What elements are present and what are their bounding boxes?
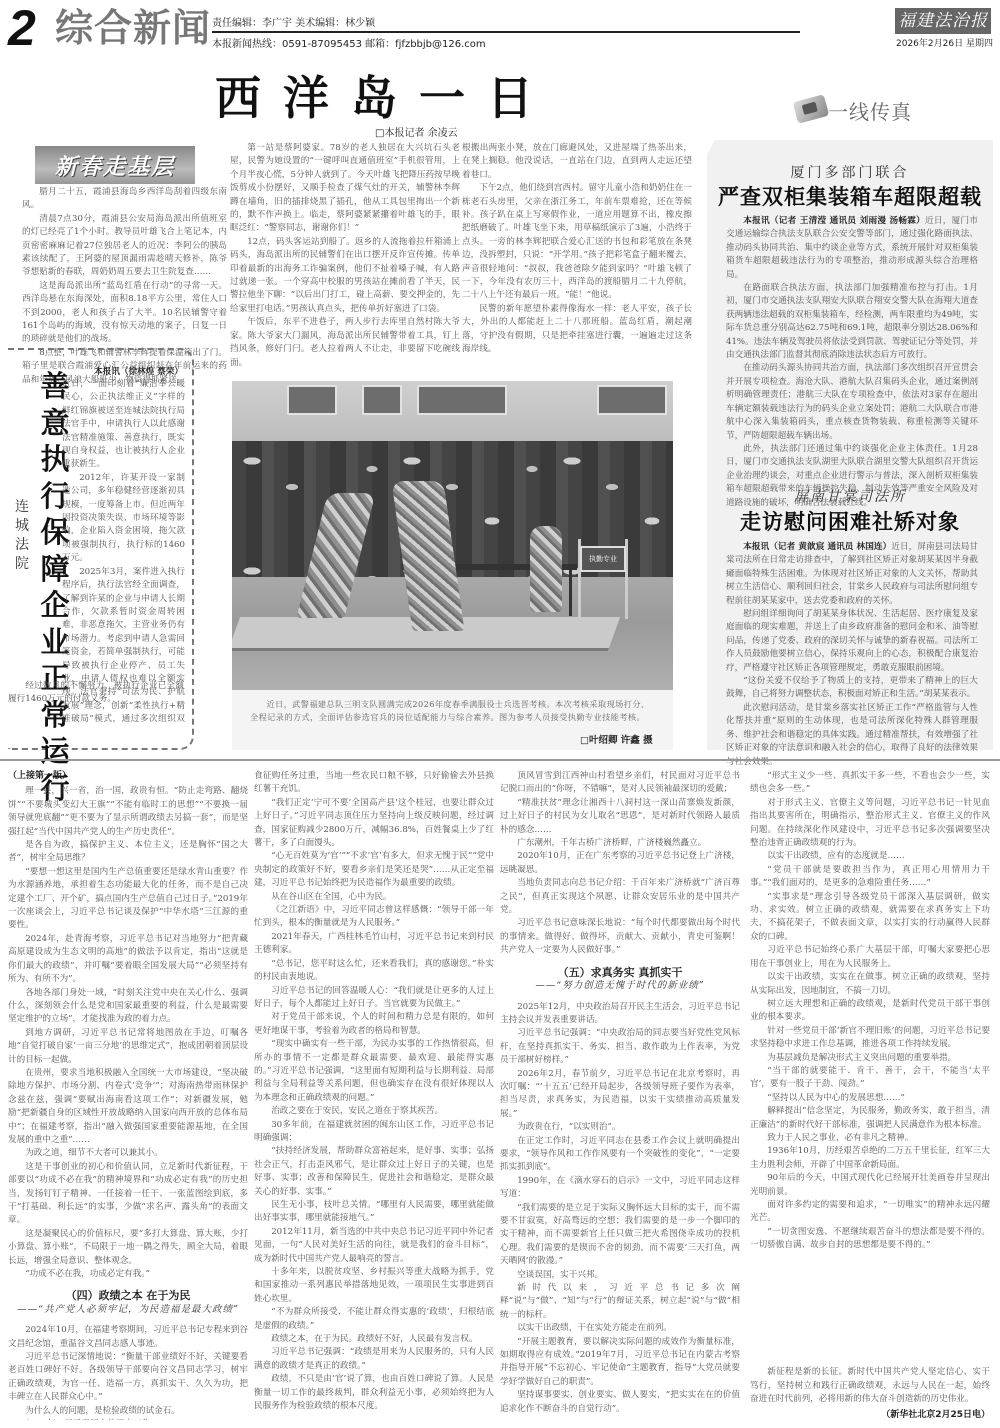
editors-line: 责任编辑：李广宇 美术编辑：林少颖 xyxy=(212,14,375,29)
issue-date: 2026年2月26日 星期四 xyxy=(896,36,993,49)
paragraph: 对于形式主义、官僚主义等问题，习近平总书记一针见血指出其要害所在，明确指示，整治… xyxy=(750,797,990,851)
story1-lead: 本报讯（记者 王清滢 通讯员 刘雨漫 汤畅霖） xyxy=(743,216,925,226)
photo-seated-officer xyxy=(530,526,562,612)
paragraph: 在贵州，要求当地积极融入全国统一大市场建设，“坚决破除地方保护、市场分割、内卷式… xyxy=(8,1067,248,1147)
photo-window xyxy=(362,385,402,415)
dateline: （新华社北京2月25日电） xyxy=(750,1409,990,1422)
paragraph: 《之江新语》中，习近平同志曾这样感慨：“领导干部一年忙到头，根本的衡量就是为人民… xyxy=(254,904,494,931)
paragraph: 为基层减负是解决形式主义突出问题的重要举措。 xyxy=(750,1052,990,1065)
paragraph: “坚持以人民为中心的发展思想……” xyxy=(750,1092,990,1105)
paragraph: 2024年10月，在福建考察期间，习近平总书记专程来到谷文昌纪念馆，重温谷文昌同… xyxy=(8,1324,248,1351)
continued-column-2: 食征购任务过重，当地一些农民口粮不够，只好偷偷去外县换红薯干充饥。 “我们正定‘… xyxy=(254,770,494,1420)
paragraph: “总书记，您平时这么忙，还来看我们，真的感谢您。”朴实的村民由衷地说。 xyxy=(254,958,494,985)
paragraph: 政绩之本，在于为民。政绩好不好，人民最有发言权。 xyxy=(254,1333,494,1346)
paragraph: 1990年，在《滴水穿石的启示》一文中，习近平同志这样写道： xyxy=(500,1175,740,1202)
paragraph: 下午2点，他们绕到宫西村。留守儿童小浩和奶奶住在一栋老石头房里，父亲在浙江务工，… xyxy=(462,182,692,303)
paragraph: 解释提出“信念坚定，为民服务，勤政务实，敢于担当，清正廉洁”的新时代好干部标准，… xyxy=(750,1105,990,1132)
story2-lead: 本报讯（记者 黄歆宸 通讯员 林国连） xyxy=(743,542,891,552)
paragraph: “形式主义少一些、真抓实干多一些，不看也会少一些，实绩也会多一些。” xyxy=(750,770,990,797)
paragraph: “这份关爱不仅给予了物质上的支持，更带来了精神上的巨大鼓舞，自己将努力调整状态，… xyxy=(726,675,978,702)
paragraph: “功成不必在我，功成必定有我。” xyxy=(8,1268,248,1281)
paragraph: 是各自为政，搞保护主义、本位主义，还是胸怀“国之大者”，树牢全局思维？ xyxy=(8,839,248,866)
photo-caption: 近日，武警福建总队三明支队圆满完成2026年度春季满服役士兵选晋考核。本次考核采… xyxy=(250,698,658,724)
paragraph: “当干部的就要能干、肯干、善干，会干，不能当‘太平官’，要有一股子干劲、闯劲。” xyxy=(750,1065,990,1092)
paragraph: 1982年，习近平同志赴正定工作。 xyxy=(8,1418,248,1420)
paragraph: 空谈误国，实干兴邦。 xyxy=(500,1269,740,1282)
paragraph: 2020年10月，正在广东考察的习近平总书记登上广济楼，远眺凝思。 xyxy=(500,850,740,877)
paragraph: 近日，一面印刻着“廉洁奉公暖民心，公正执法维正义”字样的鲜红锦旗被送至连城法院执… xyxy=(62,378,185,472)
continued-column-3: 顶风冒雪到江西神山村看望乡亲们，村民面对习近平总书记脱口而出的“你呀，不错嘛”，… xyxy=(500,770,740,1420)
paragraph: 在正定工作时，习近平同志在县委工作会议上就明确提出要求，“领导作风和工作作风要有… xyxy=(500,1135,740,1175)
contact-line: 本报新闻热线：0591-87095453 邮箱：fjfzbbjb@126.com xyxy=(212,35,486,50)
paragraph: 理一县，兴一省，治一国，政贵有恒。“防止走弯路、翻烧饼”“不要城头变幻大王旗”“… xyxy=(8,785,248,839)
lead-headline: 西洋岛一日 xyxy=(215,70,555,126)
paragraph: 面对许多约定的需要和追求，“一切唯实”的精神永远闪耀光芒。 xyxy=(750,1199,990,1226)
section-label-frontline: 一线传真 xyxy=(828,96,912,125)
paragraph: 习近平总书记意味深长地说：“每个时代都要做出每个时代的事情来。做得好、做得坏，贡… xyxy=(500,917,740,957)
paragraph: 为政之道，细节不大者可以兼其小。 xyxy=(8,1147,248,1160)
paragraph: “实事求是”理念引导各级党员干部深入基层调研，做实功、求实效。树立正确的政绩观，… xyxy=(750,891,990,945)
paragraph: 30多年前，在福建就贫困的闽东山区工作，习近平总书记明确强调： xyxy=(254,1119,494,1146)
paragraph: 2026年2月，春节前夕，习近平总书记在北京考察时，再次叮嘱：“‘十五五’已经开… xyxy=(500,1068,740,1122)
paragraph: 新时代以来，习近平总书记多次阐释“说”与“做”、“知”与“行”的辩证关系，树立起… xyxy=(500,1282,740,1322)
continued-column-1: （上接第一版） 理一县，兴一省，治一国，政贵有恒。“防止走弯路、翻烧饼”“不要城… xyxy=(8,770,248,1420)
page-number: 2 xyxy=(8,0,36,56)
section5-title: （五）求真务实 真抓实干 xyxy=(500,966,740,979)
photo-credit: □叶绍卿 许鑫 摄 xyxy=(580,732,653,746)
continued-from-label: （上接第一版） xyxy=(8,770,248,783)
court-source-vertical: 连城法院 xyxy=(12,498,32,574)
paragraph: 2012年，许某开设一家制造公司，多年稳健经营逐渐初具规模，一度筹备上市。但近两… xyxy=(62,472,185,566)
paragraph: 习近平总书记强调：“政绩是用来为人民服务的，只有人民满意的政绩才是真正的政绩。” xyxy=(254,1346,494,1373)
paragraph: 食征购任务过重，当地一些农民口粮不够，只好偷偷去外县换红薯干充饥。 xyxy=(254,770,494,797)
paragraph: 致力于人民之事业，必有非凡之精神。 xyxy=(750,1132,990,1145)
photo-sign: 执勤专业 xyxy=(580,546,626,572)
paragraph: 根搬出两张小凳，放在门廊避风处，又进屋端了热茶出来，在凳上搁稳。他没说话，一直站… xyxy=(462,142,692,182)
paragraph: “开展主题教育，要以解决实际问题的成效作为衡量标准，如期取得应有成效。”2019… xyxy=(500,1336,740,1390)
paragraph: 经过数月的不懈努力，被执行企业已全额履行1460万元的付款义务。 xyxy=(8,680,184,707)
column-body: “形式主义少一些、真抓实干多一些，不看也会少一些，实绩也会多一些。” 对于形式主… xyxy=(750,770,990,1366)
paragraph: 十多年来，以脱贫攻坚、乡村振兴等重大战略为抓手，党和国家推动一系列惠民举措落地见… xyxy=(254,1266,494,1306)
paragraph: 针对一些党员干部‘新官不理旧账’的问题，习近平总书记要求坚持稳中求进工作总基调，… xyxy=(750,1025,990,1052)
fax-icon xyxy=(793,94,830,124)
paragraph: 午饭后，东平不进巷子，两人步行去库里自然村陈大爷家。陈大爷家大门漏风，海岛派出所… xyxy=(230,316,460,370)
section4-title: （四）政绩之本 在于为民 xyxy=(8,1289,248,1302)
paragraph: 为政贵在行，“以实则治”。 xyxy=(500,1121,740,1134)
story2-body: 本报讯（记者 黄歆宸 通讯员 林国连）近日，屏南县司法局甘棠司法所在日常走访排查… xyxy=(726,541,978,769)
paragraph: 坚持谋事要实、创业要实、做人要实，“把实实在在的价值追求化作不断奋斗的自觉行动”… xyxy=(500,1389,740,1416)
story2-kicker: 屏南甘棠司法所 xyxy=(707,486,993,506)
paragraph: 90年后的今天，中国式现代化已经展开壮美画卷并呈现出光明前景。 xyxy=(750,1172,990,1199)
paragraph: 习近平总书记始终心系广大基层干部，叮嘱大家要把心思用在干事创业上，用在为人民服务… xyxy=(750,944,990,971)
paragraph: 政绩，不只是由‘官’说了算，也由百姓口碑说了算。人民是衡量一切工作的最终裁判，群… xyxy=(254,1373,494,1413)
paragraph: “扶持经济发展，帮助群众富裕起来，是好事、实事；弘扬社会正气，打击歪风邪气，是让… xyxy=(254,1145,494,1199)
lead-column-c: 根搬出两张小凳，放在门廊避风处，又进屋端了热茶出来，在凳上搁稳。他没说话，一直站… xyxy=(462,142,692,357)
photo-window xyxy=(287,385,337,415)
paragraph: 广东潮州，千年古桥广济桥畔，广济楼巍然矗立。 xyxy=(500,837,740,850)
paragraph: 从在谷山区在全国，心中为民。 xyxy=(254,891,494,904)
paragraph: 这是凝聚民心的价值标尺，要“多打大算盘、算大账，少打小算盘、算小账”，不局限于一… xyxy=(8,1228,248,1268)
court-body: 近日，一面印刻着“廉洁奉公暖民心，公正执法维正义”字样的鲜红锦旗被送至连城法院执… xyxy=(62,378,185,726)
lead-byline: □本报记者 余凌云 xyxy=(375,124,458,139)
paragraph: 这是海岛派出所“蓝岛红盾在行动”的寻常一天。西洋岛悬在东海深处，面积8.18平方… xyxy=(22,280,227,347)
paragraph: 清晨7点30分，霞浦县公安局海岛派出所值班室的灯已经亮了1个小时。教导员叶雄飞合… xyxy=(22,213,227,280)
paragraph: 在路面联合执法方面，执法部门加强精准布控与打击。1月初，厦门市交通执法支队翔安大… xyxy=(726,282,978,362)
paragraph: 治政之要在于安民，安民之道在于察其疾苦。 xyxy=(254,1105,494,1118)
photo-window xyxy=(597,385,667,415)
paragraph: “我们需要的是立足于实际又胸怀远大目标的实干，而不需要不甘寂寞，好高骛远的空想；… xyxy=(500,1202,740,1269)
paragraph: 2021年春天，广西桂林毛竹山村，习近平总书记来到村民王德利家。 xyxy=(254,931,494,958)
section5-subtitle: ——“努力创造无愧于时代的新业绩” xyxy=(500,979,740,992)
paragraph: “心无百姓莫为‘官’”“不求‘官’有多大，但求无愧于民”“党中央制定的政策好不好… xyxy=(254,850,494,890)
paragraph: 1936年10月，历经艰苦卓绝的二万五千里长征，红军三大主力胜利会师，开辟了中国… xyxy=(750,1145,990,1172)
paragraph: 习近平总书记的回答温暖人心：“我们就是让更多的人过上好日子，每个人都能过上好日子… xyxy=(254,985,494,1012)
paragraph: 2024年，赴青海考察，习近平总书记对当地努力“把青藏高原建设成为生态文明的高地… xyxy=(8,933,248,987)
paragraph: 12点，码头客运站到船了。返乡的人流拖着拉杆箱涌上码头，海岛派出所的民辅警们在出… xyxy=(230,236,460,316)
paragraph: 腊月二十五，霞浦县海岛乡西洋岛刮着四级东南风。 xyxy=(22,186,227,213)
story1-kicker: 厦门多部门联合 xyxy=(707,162,993,182)
story2-headline: 走访慰问困难社矫对象 xyxy=(707,506,993,536)
paragraph: “要想一想这里是国内生产总值重要还是绿水青山重要？作为水源涵养地，承担着生态功能… xyxy=(8,866,248,933)
paragraph: 习近平总书记强调：“中央政治局的同志要当好党性党风标杆，在坚持真抓实干、务实、担… xyxy=(500,1027,740,1067)
photo-window xyxy=(417,385,507,415)
paragraph: 各地各部门身处一域，“时刻关注党中央在关心什么、强调什么，深刻领会什么是党和国家… xyxy=(8,987,248,1027)
paragraph: 民生无小事，枝叶总关情。“哪里有人民需要，哪里就能做出好事实事，哪里就能接地气。… xyxy=(254,1199,494,1226)
paragraph: “精准扶贫”理念让湘西十八洞村这一深山苗寨焕发新颜，过上好日子的村民为女儿取名“… xyxy=(500,797,740,837)
story1-headline: 严查双柜集装箱车超限超载 xyxy=(707,181,993,211)
lead-column-b: 第一站是蔡阿婆家。78岁的老人独居在大兴坑石头老屋，民警为她设置的“一键呼叫直通… xyxy=(230,142,460,370)
paragraph: 以实干出政绩，应有的态度就是…… xyxy=(750,850,990,863)
paragraph: 在推动码头源头协同共治方面，执法部门多次组织召开宣贯会并开展专项检查。海沧大队、… xyxy=(726,362,978,442)
paragraph: “现实中确实有一些干部，为民办实事的工作热情很高，但所办的事情不一定都是群众最需… xyxy=(254,1038,494,1105)
paragraph: 以实干出政绩，实实在在做事。树立正确的政绩观，坚持从实际出发，因地制宜，不搞一刀… xyxy=(750,971,990,998)
paragraph: 当地负责同志向总书记介绍：千百年来广济桥就“广济百尊之民”，但真正实现这个夙愿、… xyxy=(500,877,740,917)
continued-column-4: “形式主义少一些、真抓实干多一些，不看也会少一些，实绩也会多一些。” 对于形式主… xyxy=(750,770,990,1422)
court-body-end: 经过数月的不懈努力，被执行企业已全额履行1460万元的付款义务。 xyxy=(8,680,184,707)
section4-subtitle: ——“共产党人必须牢记，为民造福是最大政绩” xyxy=(8,1303,248,1316)
paragraph: 对于党员干部来说，个人的时间和精力总是有限的，如何更好地谋干事，考验着为政者的格… xyxy=(254,1011,494,1038)
paragraph: “不为群众所接受、不能让群众得实惠的‘政绩’，归根结底是虚假的政绩。” xyxy=(254,1306,494,1333)
paragraph: 习近平总书记深情地说：“衡量干部业绩好不好，关键要看老百姓口碑好不好。各级领导干… xyxy=(8,1351,248,1405)
paragraph: 这是干事创业的初心和价值认同，立足新时代新征程，干部要以“功成不必在我”的精神境… xyxy=(8,1161,248,1228)
news-photo: 执勤专业 xyxy=(232,381,673,690)
paragraph: 顶风冒雪到江西神山村看望乡亲们，村民面对习近平总书记脱口而出的“你呀，不错嘛”，… xyxy=(500,770,740,797)
paragraph: 第一站是蔡阿婆家。78岁的老人独居在大兴坑石头老屋，民警为她设置的“一键呼叫直通… xyxy=(230,142,460,236)
paragraph: “我们正定‘宁可不要’全国高产县’这个桂冠，也要让群众过上好日子。”习近平同志顶… xyxy=(254,797,494,851)
paragraph: 2025年12月，中央政治局召开民主生活会，习近平总书记主持会议并发表重要讲话。 xyxy=(500,1001,740,1028)
paragraph: 民警的新年愿望朴素得像海水一样：老人平安，孩子长大，外出的人都能赶上二十八那班船… xyxy=(462,303,692,357)
kicker-banner: 新春走基层 xyxy=(35,146,195,184)
paragraph: 到地方调研，习近平总书记常将地图放在手边，叮嘱各地“自觉打破自家‘一亩三分地’的… xyxy=(8,1027,248,1067)
paragraph: 为什么人的问题，是检验政绩的试金石。 xyxy=(8,1405,248,1418)
paragraph: 慰问组详细询问了胡某某身体状况、生活起居、医疗康复及家庭面临的现实难题，并送上了… xyxy=(726,608,978,675)
paragraph: “一切贪图安逸、不愿继续艰苦奋斗的想法都是要不得的。一切骄傲自满、故步自封的思想… xyxy=(750,1226,990,1253)
section-divider xyxy=(0,759,1000,761)
paragraph: 2012年11月，新当选的中共中央总书记习近平同中外记者见面，一句“人民对美好生… xyxy=(254,1226,494,1266)
story1-body: 本报讯（记者 王清滢 通讯员 刘雨漫 汤畅霖）近日，厦门市交通运输综合执法支队联… xyxy=(726,215,978,510)
kicker-label: 新春走基层 xyxy=(55,150,175,181)
masthead-logo: 福建法治报 xyxy=(895,8,991,34)
paragraph: 以实干出政绩，干在实处方能走在前列。 xyxy=(500,1322,740,1335)
paragraph: 新征程是新的长征。新时代中国共产党人坚定信心、实干笃行，坚持树立和践行正确政绩观… xyxy=(750,1366,990,1406)
section-title: 综合新闻 xyxy=(55,4,211,52)
paragraph: 树立远大理想和正确的政绩观，是新时代党员干部干事创业的根本要求。 xyxy=(750,998,990,1025)
court-lead: 本报讯（徐林煌 蔡荣） xyxy=(78,365,183,377)
header-rule xyxy=(212,31,800,33)
paragraph: “党员干部就是要敢担当作为，真正用心用情用力干事。”“我们面对的，是更多的急难险… xyxy=(750,864,990,891)
